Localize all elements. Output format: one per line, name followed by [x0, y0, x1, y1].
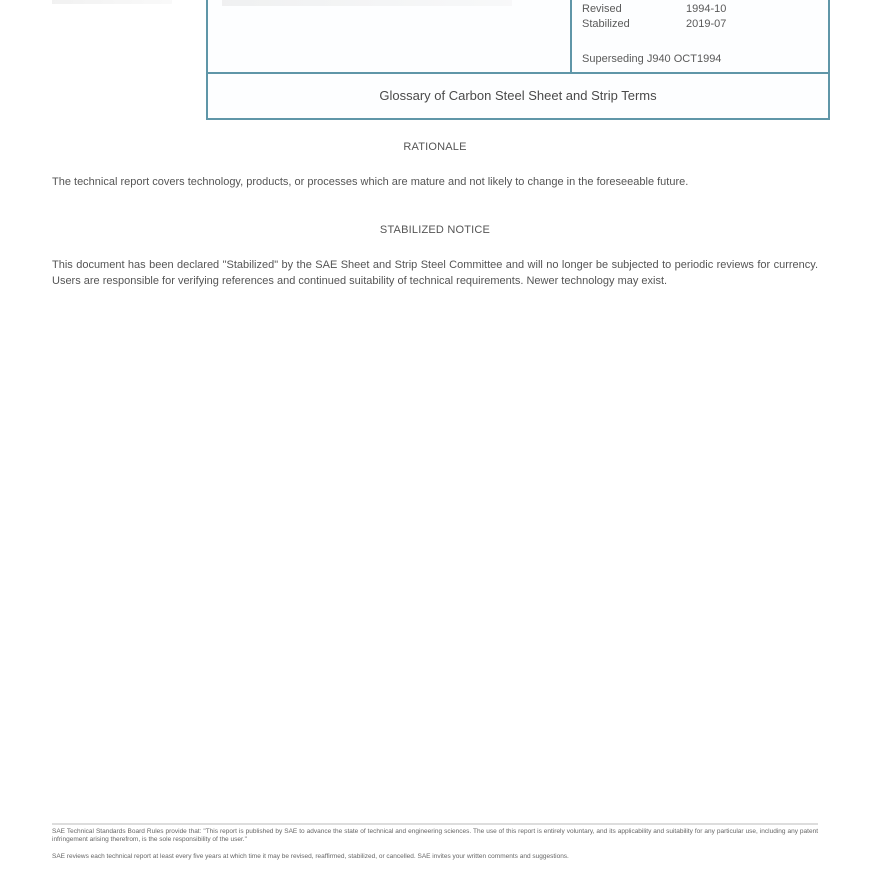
header-designation-cell: [208, 0, 572, 72]
meta-stabilized: Stabilized2019-07: [582, 18, 726, 31]
footer-divider: [52, 823, 818, 825]
footer-rules-text: SAE Technical Standards Board Rules prov…: [52, 828, 818, 844]
document-title: Glossary of Carbon Steel Sheet and Strip…: [208, 74, 828, 118]
cropped-designation-text: [222, 0, 512, 6]
revised-label: Revised: [582, 3, 686, 16]
header-meta-cell: Revised1994-10 Stabilized2019-07 Superse…: [574, 0, 828, 72]
meta-revised: Revised1994-10: [582, 3, 726, 16]
stabilized-notice-heading: STABILIZED NOTICE: [0, 224, 870, 236]
stabilized-value: 2019-07: [686, 18, 726, 31]
header-top-row: Revised1994-10 Stabilized2019-07 Superse…: [208, 0, 828, 74]
superseding-text: Superseding J940 OCT1994: [582, 53, 721, 66]
cropped-logo-text: [52, 0, 172, 4]
stabilized-notice-paragraph: This document has been declared "Stabili…: [52, 257, 818, 289]
stabilized-label: Stabilized: [582, 18, 686, 31]
rationale-paragraph: The technical report covers technology, …: [52, 174, 818, 190]
revised-value: 1994-10: [686, 3, 726, 16]
document-header: Revised1994-10 Stabilized2019-07 Superse…: [206, 0, 830, 120]
rationale-heading: RATIONALE: [0, 141, 870, 153]
footer-review-text: SAE reviews each technical report at lea…: [52, 853, 818, 861]
